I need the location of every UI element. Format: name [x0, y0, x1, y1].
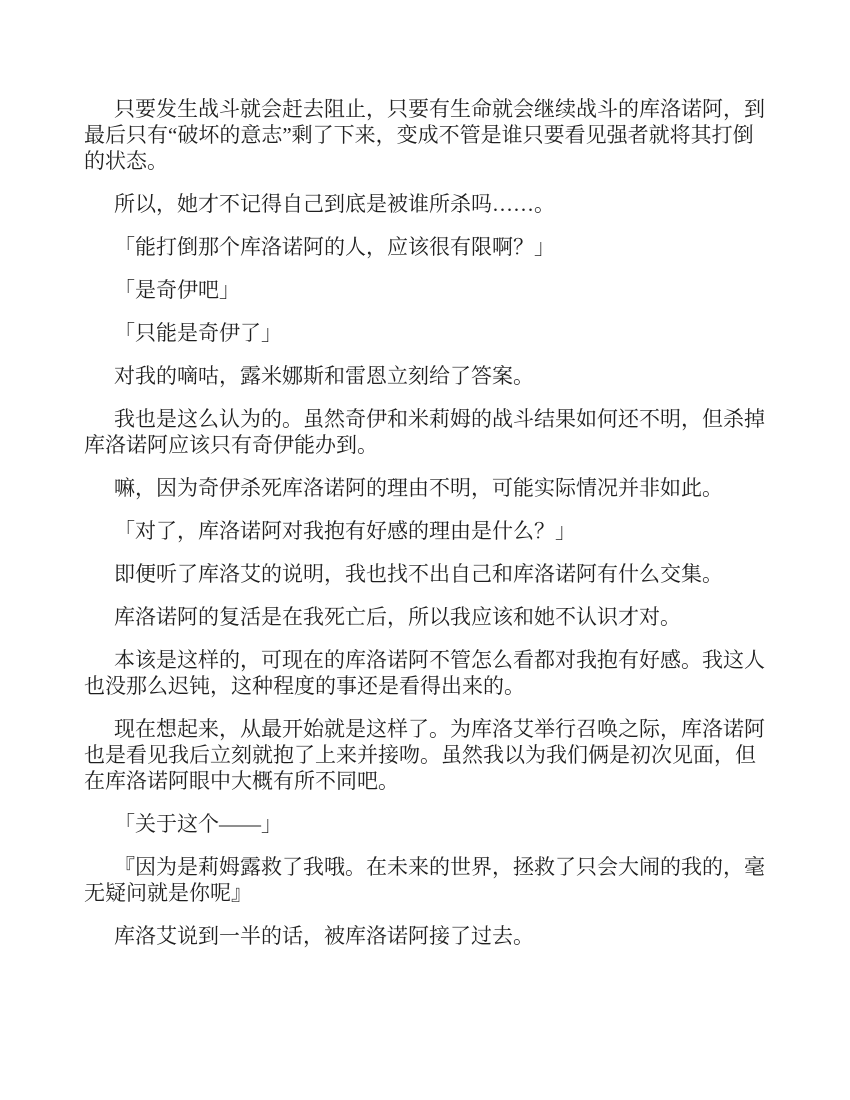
paragraph: 我也是这么认为的。虽然奇伊和米莉姆的战斗结果如何还不明，但杀掉库洛诺阿应该只有奇… — [84, 406, 766, 458]
paragraph: 现在想起来，从最开始就是这样了。为库洛艾举行召唤之际，库洛诺阿也是看见我后立刻就… — [84, 716, 766, 794]
paragraph: 『因为是莉姆露救了我哦。在未来的世界，拯救了只会大闹的我的，毫无疑问就是你呢』 — [84, 854, 766, 906]
paragraph: 库洛艾说到一半的话，被库洛诺阿接了过去。 — [84, 923, 766, 949]
paragraph: 本该是这样的，可现在的库洛诺阿不管怎么看都对我抱有好感。我这人也没那么迟钝，这种… — [84, 647, 766, 699]
paragraph: 库洛诺阿的复活是在我死亡后，所以我应该和她不认识才对。 — [84, 604, 766, 630]
text-body: 只要发生战斗就会赶去阻止，只要有生命就会继续战斗的库洛诺阿，到最后只有“破坏的意… — [84, 96, 766, 949]
paragraph: 嘛，因为奇伊杀死库洛诺阿的理由不明，可能实际情况并非如此。 — [84, 475, 766, 501]
paragraph: 「对了，库洛诺阿对我抱有好感的理由是什么？」 — [84, 518, 766, 544]
paragraph: 对我的嘀咕，露米娜斯和雷恩立刻给了答案。 — [84, 363, 766, 389]
ebook-page: 只要发生战斗就会赶去阻止，只要有生命就会继续战斗的库洛诺阿，到最后只有“破坏的意… — [0, 0, 850, 1100]
paragraph: 「只能是奇伊了」 — [84, 320, 766, 346]
paragraph: 「能打倒那个库洛诺阿的人，应该很有限啊？」 — [84, 234, 766, 260]
paragraph: 所以，她才不记得自己到底是被谁所杀吗……。 — [84, 191, 766, 217]
paragraph: 即便听了库洛艾的说明，我也找不出自己和库洛诺阿有什么交集。 — [84, 561, 766, 587]
paragraph: 「关于这个——」 — [84, 811, 766, 837]
paragraph: 「是奇伊吧」 — [84, 277, 766, 303]
paragraph: 只要发生战斗就会赶去阻止，只要有生命就会继续战斗的库洛诺阿，到最后只有“破坏的意… — [84, 96, 766, 174]
